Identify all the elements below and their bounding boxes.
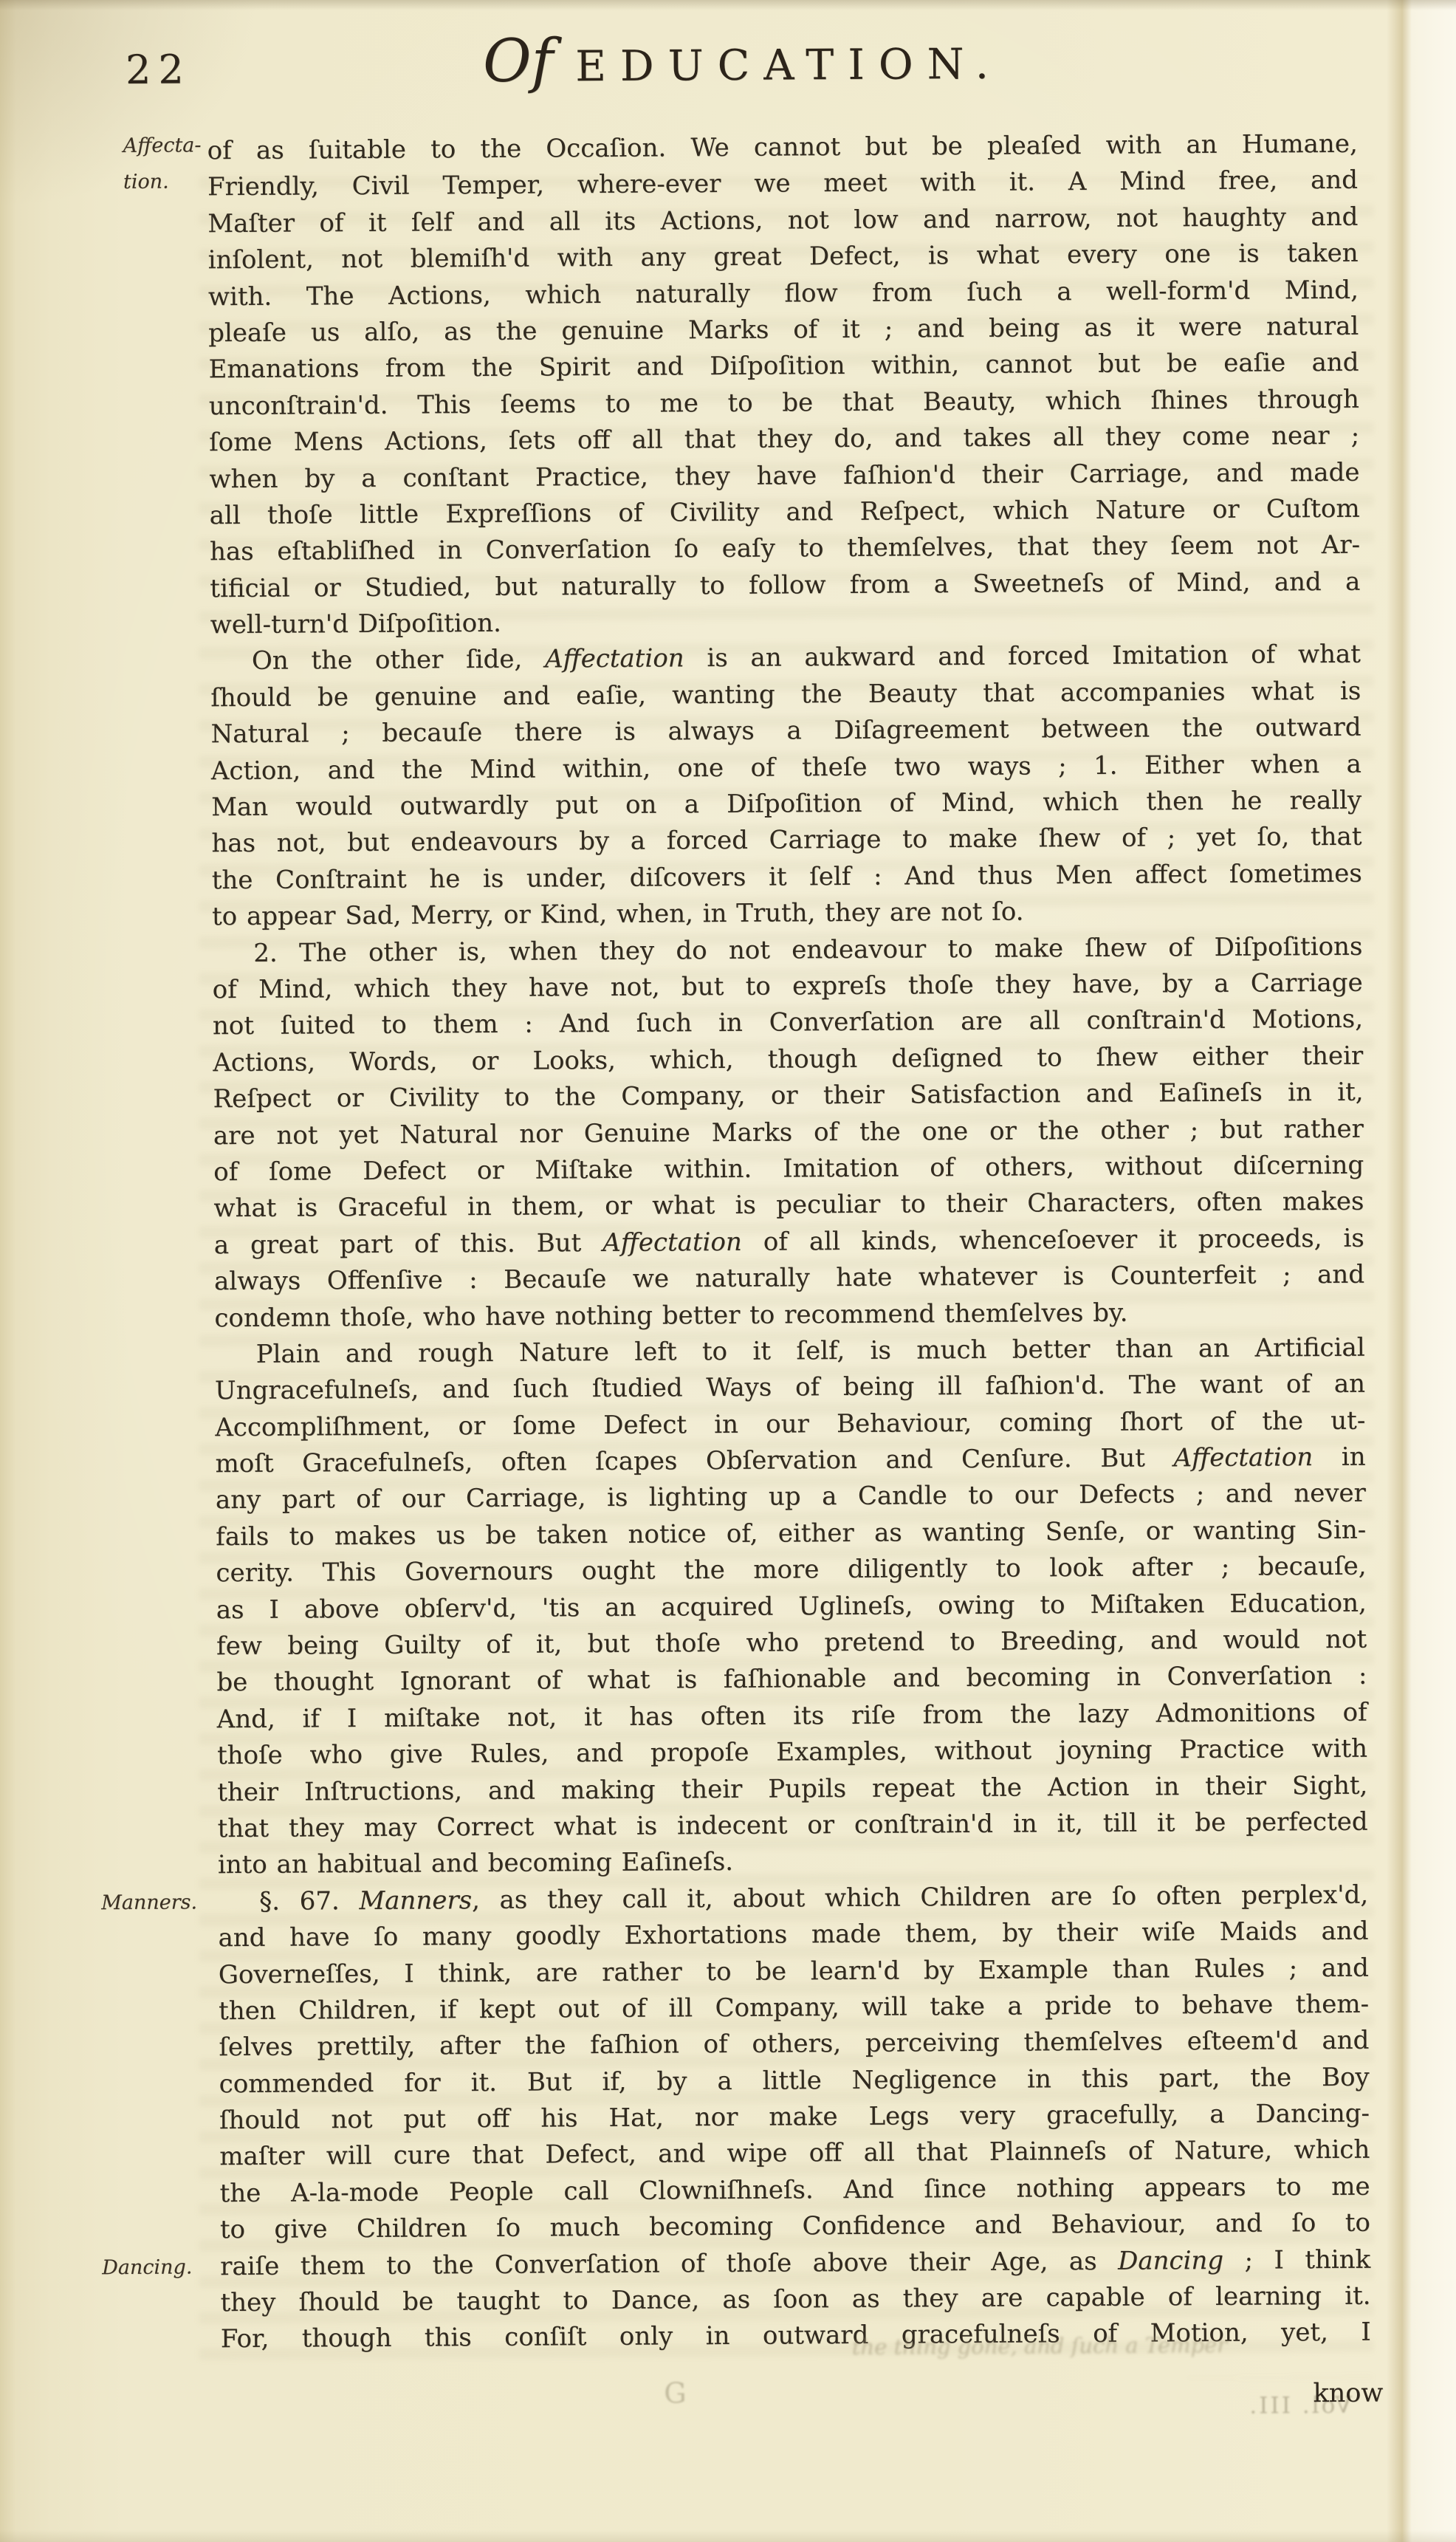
text-line: thoſe who give Rules, and propoſe Exampl…: [217, 1731, 1367, 1775]
text-line: Reſpect or Civility to the Company, or t…: [213, 1075, 1363, 1118]
margin-note-line: tion.: [123, 163, 202, 200]
running-title: OfEDUCATION.: [15, 21, 1456, 98]
text-line: has eſtabliſhed in Converſation ſo eaſy …: [210, 527, 1360, 571]
running-title-caps: EDUCATION.: [575, 40, 1003, 92]
margin-note-line: Manners.: [101, 1884, 197, 1921]
text-line: cerity. This Governours ought the more d…: [216, 1549, 1366, 1592]
body-text: of as ſuitable to the Occaſion. We canno…: [207, 126, 1371, 2358]
text-line: tificial or Studied, but naturally to fo…: [210, 563, 1360, 607]
text-line: Natural ; becauſe there is always a Diſa…: [210, 710, 1361, 753]
running-title-of: Of: [483, 26, 554, 95]
text-line: that they may Correct what is indecent o…: [217, 1804, 1367, 1848]
page-content: 22 OfEDUCATION. Affecta-tion.Manners.Dan…: [0, 0, 1456, 2542]
margin-note: Affecta-tion.: [123, 127, 202, 200]
text-line: Ungracefulneſs, and ſuch ſtudied Ways of…: [215, 1366, 1365, 1410]
margin-note: Manners.: [101, 1884, 197, 1921]
catchword: know: [1313, 2379, 1383, 2409]
text-line: to give Children ſo much becoming Confid…: [220, 2205, 1370, 2249]
text-line: what is Graceful in them, or what is pec…: [213, 1184, 1364, 1227]
margin-note-line: Affecta-: [123, 127, 202, 164]
text-line: ſome Mens Actions, ſets off all that the…: [209, 418, 1359, 462]
text-line: ſelves prettily, after the faſhion of ot…: [219, 2023, 1369, 2066]
margin-notes-column: Affecta-tion.Manners.Dancing.: [0, 0, 1448, 4]
book-page: 22 OfEDUCATION. Affecta-tion.Manners.Dan…: [0, 0, 1456, 2542]
margin-note-line: Dancing.: [102, 2249, 192, 2286]
text-line: always Offenſive : Becauſe we naturally …: [214, 1257, 1364, 1301]
show-through-text-line: the thing gone, and ſuch a Temper: [852, 2331, 1428, 2360]
signature-mark-ghost: G: [664, 2377, 687, 2409]
text-line: and have ſo many goodly Exhortations mad…: [218, 1914, 1368, 1957]
margin-note: Dancing.: [102, 2249, 192, 2286]
text-line: inſolent, not blemiſh'd with any great D…: [207, 236, 1358, 279]
text-line: the Conſtraint he is under, diſcovers it…: [212, 856, 1362, 900]
